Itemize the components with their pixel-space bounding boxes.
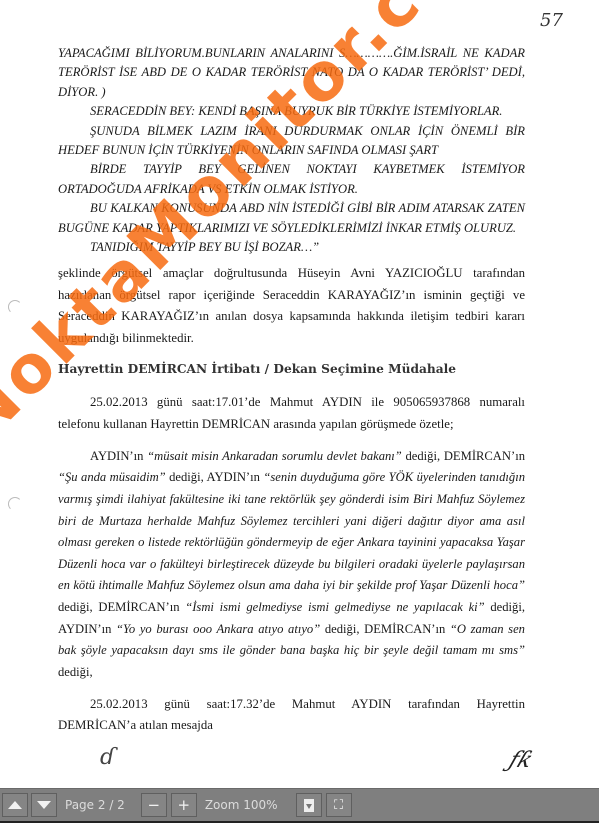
page-indicator: Page 2 / 2	[65, 798, 125, 812]
zoom-in-button[interactable]: +	[171, 793, 197, 817]
next-page-button[interactable]	[31, 793, 57, 817]
speaker: AYDIN’ın	[90, 449, 147, 463]
quoted-transcript: YAPACAĞIMI BİLİYORUM.BUNLARIN ANALARINI …	[58, 44, 525, 257]
arrow-up-icon	[8, 801, 22, 809]
download-button[interactable]	[296, 793, 322, 817]
quote: “İsmi ismi gelmediyse ismi gelmediyse ne…	[185, 600, 484, 614]
message-intro-paragraph: 25.02.2013 günü saat:17.32’de Mahmut AYD…	[58, 694, 525, 736]
said: dediği,	[402, 449, 444, 463]
speaker: AYDIN’ın	[207, 470, 264, 484]
call-intro-paragraph: 25.02.2013 günü saat:17.01’de Mahmut AYD…	[58, 391, 525, 435]
said: dediği,	[58, 665, 93, 679]
quote: “Yo yo burası ooo Ankara atıyo atıyo”	[116, 622, 320, 636]
quote-line: BİRDE TAYYİP BEY GELİNEN NOKTAYI KAYBETM…	[58, 160, 525, 199]
speaker: AYDIN’ın	[58, 622, 116, 636]
arrow-down-icon	[37, 801, 51, 809]
quote-line: YAPACAĞIMI BİLİYORUM.BUNLARIN ANALARINI …	[58, 44, 525, 102]
speaker: DEMİRCAN’ın	[444, 449, 525, 463]
said: dediği,	[58, 600, 98, 614]
quote-line: SERACEDDİN BEY: KENDİ BAŞINA BUYRUK BİR …	[58, 102, 525, 121]
zoom-out-button[interactable]: −	[141, 793, 167, 817]
quote: “Şu anda müsaidim”	[58, 470, 166, 484]
quote-line: BU KALKAN KONUSUNDA ABD NİN İSTEDİĞİ GİB…	[58, 199, 525, 238]
quote-line: ŞUNUDA BİLMEK LAZIM İRANI DURDURMAK ONLA…	[58, 122, 525, 161]
speaker: DEMİRCAN’ın	[98, 600, 185, 614]
signature-right: ƒƙ	[505, 748, 536, 773]
viewer-toolbar: Page 2 / 2 − + Zoom 100% ⛶	[0, 788, 599, 823]
punch-hole-mark	[8, 497, 22, 511]
zoom-level: Zoom 100%	[205, 798, 278, 812]
dialogue-paragraph: AYDIN’ın “müsait misin Ankaradan sorumlu…	[58, 446, 525, 684]
said: dediği,	[320, 622, 364, 636]
section-heading: Hayrettin DEMİRCAN İrtibatı / Dekan Seçi…	[58, 360, 525, 379]
fullscreen-icon: ⛶	[334, 798, 343, 813]
quote: “müsait misin Ankaradan sorumlu devlet b…	[147, 449, 402, 463]
handwritten-page-number: 57	[540, 10, 563, 31]
fullscreen-button[interactable]: ⛶	[326, 793, 352, 817]
document-body: YAPACAĞIMI BİLİYORUM.BUNLARIN ANALARINI …	[58, 44, 525, 736]
document-page: 57 YAPACAĞIMI BİLİYORUM.BUNLARIN ANALARI…	[0, 0, 599, 788]
said: dediği,	[485, 600, 525, 614]
signature-left: ɗ	[100, 745, 115, 770]
punch-hole-mark	[8, 300, 22, 314]
said: dediği,	[166, 470, 207, 484]
quote: “senin duyduğuma göre YÖK üyelerinden ta…	[58, 470, 525, 592]
speaker: DEMİRCAN’ın	[364, 622, 450, 636]
quote-line: TANIDIĞIM TAYYİP BEY BU İŞİ BOZAR…”	[58, 238, 525, 257]
previous-page-button[interactable]	[2, 793, 28, 817]
download-icon	[304, 799, 314, 812]
summary-paragraph: şeklinde örgütsel amaçlar doğrultusunda …	[58, 263, 525, 349]
